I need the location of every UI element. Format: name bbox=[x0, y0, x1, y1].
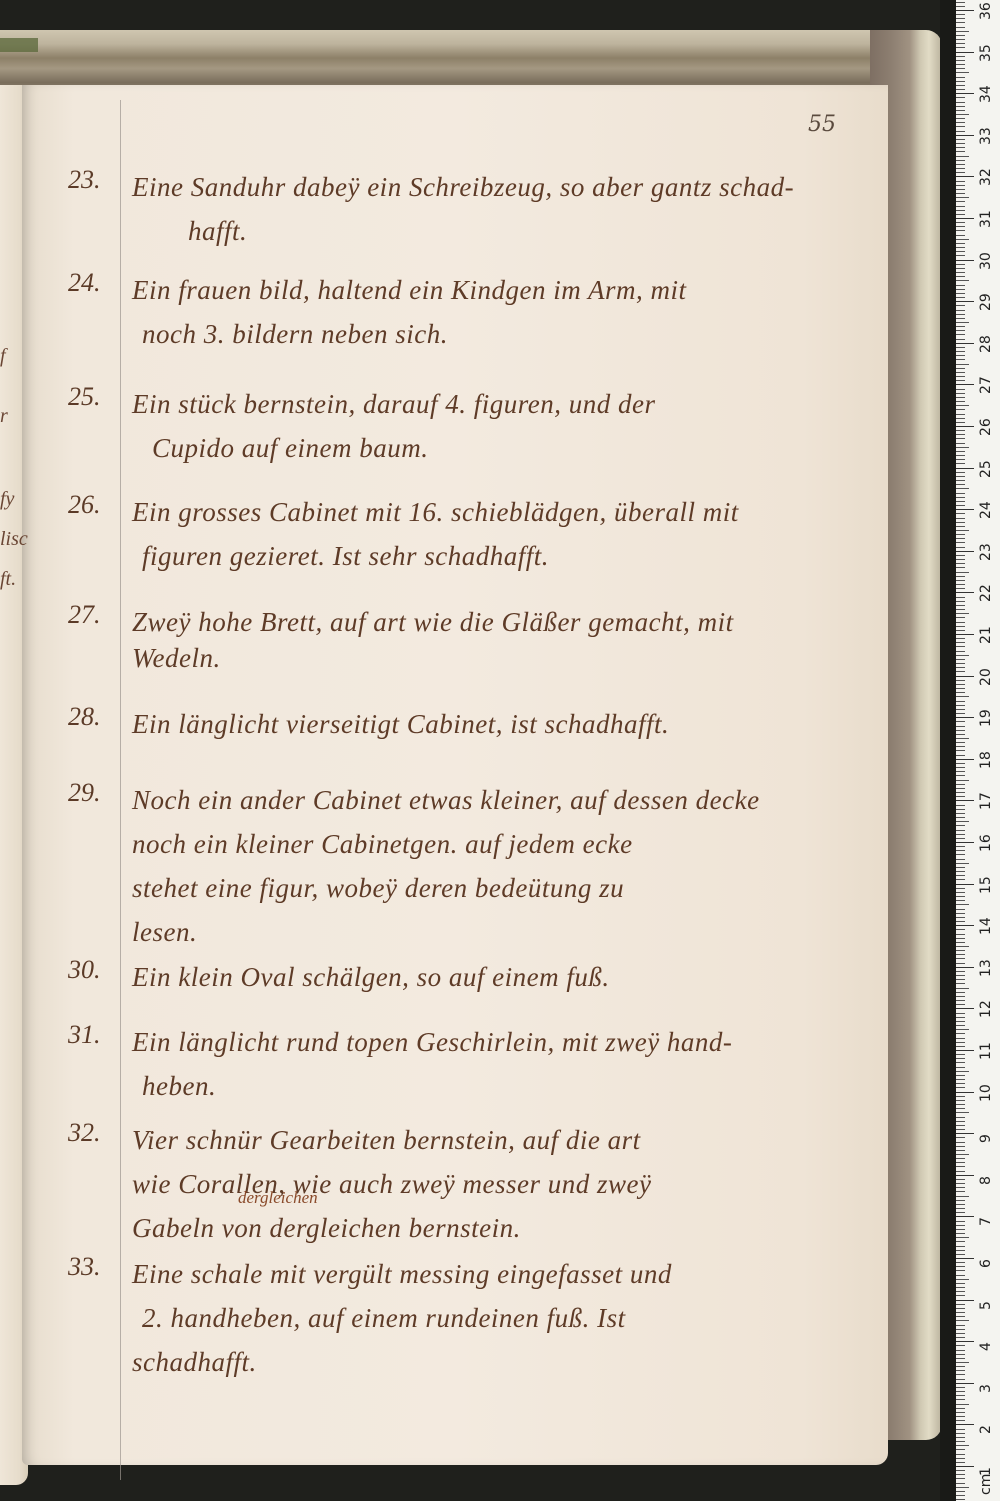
ruler-tick bbox=[956, 825, 965, 826]
ruler-tick bbox=[956, 405, 969, 406]
ruler-tick bbox=[956, 742, 965, 743]
ruler-cm-label: 35 bbox=[978, 44, 994, 62]
ruler-tick bbox=[956, 314, 965, 315]
ruler-tick bbox=[956, 1154, 969, 1155]
ruler-cm-label: 18 bbox=[978, 751, 994, 769]
ruler-tick bbox=[956, 22, 965, 23]
ruler-cm-label: 21 bbox=[978, 626, 994, 644]
ruler-tick bbox=[956, 921, 965, 922]
ruler-tick bbox=[956, 1029, 969, 1030]
ruler-tick bbox=[956, 1287, 965, 1288]
ruler-tick bbox=[956, 389, 965, 390]
ruler-tick bbox=[956, 726, 965, 727]
ruler-tick bbox=[956, 1279, 969, 1280]
entry-line: lesen. bbox=[132, 910, 862, 954]
ruler-tick bbox=[956, 542, 965, 543]
ruler-tick bbox=[956, 268, 965, 269]
left-page-fragment: lisc bbox=[0, 528, 28, 551]
ruler-tick bbox=[956, 817, 965, 818]
ruler-cm-label: 17 bbox=[978, 793, 994, 811]
ruler-tick bbox=[956, 14, 965, 15]
ruler-tick bbox=[956, 979, 965, 980]
ruler-tick bbox=[956, 567, 965, 568]
ruler-tick bbox=[956, 301, 974, 302]
ruler-tick bbox=[956, 243, 965, 244]
entry-number: 28. bbox=[68, 702, 101, 732]
ruler-tick bbox=[956, 605, 965, 606]
ruler-tick bbox=[956, 788, 965, 789]
ruler-cm-label: 28 bbox=[978, 335, 994, 353]
ruler-tick bbox=[956, 1420, 965, 1421]
ruler-tick bbox=[956, 210, 965, 211]
ruler-tick bbox=[956, 1033, 965, 1034]
ruler-tick bbox=[956, 688, 965, 689]
ruler-tick bbox=[956, 43, 965, 44]
ruler-tick bbox=[956, 85, 965, 86]
ruler-tick bbox=[956, 834, 965, 835]
ruler-tick bbox=[956, 1125, 965, 1126]
ruler-tick bbox=[956, 1237, 969, 1238]
ruler-tick bbox=[956, 1046, 965, 1047]
ruler-cm-label: 36 bbox=[978, 2, 994, 20]
ruler-tick bbox=[956, 638, 965, 639]
ruler-tick bbox=[956, 334, 965, 335]
ruler-tick bbox=[956, 646, 965, 647]
ruler-tick bbox=[956, 1408, 965, 1409]
ruler-tick bbox=[956, 318, 965, 319]
ruler-tick bbox=[956, 1312, 965, 1313]
ruler-tick bbox=[956, 1337, 965, 1338]
ruler-tick bbox=[956, 1449, 965, 1450]
ruler-tick bbox=[956, 701, 965, 702]
entry-number: 24. bbox=[68, 268, 101, 298]
entry-line: noch ein kleiner Cabinetgen. auf jedem e… bbox=[132, 822, 862, 866]
ruler-tick bbox=[956, 1362, 969, 1363]
ruler-cm-label: 32 bbox=[978, 169, 994, 187]
ruler-tick bbox=[956, 1175, 974, 1176]
ruler-tick bbox=[956, 809, 965, 810]
ruler-tick bbox=[956, 1150, 965, 1151]
entry-number: 31. bbox=[68, 1020, 101, 1050]
ruler-tick bbox=[956, 1441, 965, 1442]
ruler-tick bbox=[956, 1216, 974, 1217]
ruler-tick bbox=[956, 168, 965, 169]
ruler-tick bbox=[956, 1038, 965, 1039]
ruler-tick bbox=[956, 1146, 965, 1147]
ruler-tick bbox=[956, 1404, 969, 1405]
ruler-tick bbox=[956, 622, 965, 623]
ruler-tick bbox=[956, 1187, 965, 1188]
ruler-tick bbox=[956, 339, 965, 340]
ruler-tick bbox=[956, 1320, 969, 1321]
entry-line: stehet eine figur, wobeÿ deren bedeütung… bbox=[132, 866, 862, 910]
ruler-tick bbox=[956, 1196, 969, 1197]
ruler-tick bbox=[956, 667, 965, 668]
ruler-tick bbox=[956, 1096, 965, 1097]
ruler-tick bbox=[956, 904, 969, 905]
ruler-tick bbox=[956, 659, 965, 660]
ruler-tick bbox=[956, 917, 965, 918]
entry-number: 27. bbox=[68, 600, 101, 630]
ruler-tick bbox=[956, 1374, 965, 1375]
ruler-tick bbox=[956, 1000, 965, 1001]
ruler-tick bbox=[956, 559, 965, 560]
ruler-tick bbox=[956, 322, 969, 323]
interlinear-correction: dergleichen bbox=[238, 1188, 318, 1208]
ruler-tick bbox=[956, 1129, 965, 1130]
ruler-cm-label: 6 bbox=[978, 1259, 994, 1268]
ruler-cm-label: 25 bbox=[978, 460, 994, 478]
ruler-tick bbox=[956, 1304, 965, 1305]
ruler-tick bbox=[956, 2, 965, 3]
ruler-tick bbox=[956, 1100, 965, 1101]
ruler-tick bbox=[956, 1270, 965, 1271]
left-page-fragment: r bbox=[0, 405, 8, 428]
ruler-tick bbox=[956, 859, 965, 860]
ruler-tick bbox=[956, 967, 974, 968]
ruler-tick bbox=[956, 1221, 965, 1222]
ruler-tick bbox=[956, 56, 965, 57]
ruler-tick bbox=[956, 676, 974, 677]
ruler-tick bbox=[956, 1329, 965, 1330]
ruler-tick bbox=[956, 1295, 965, 1296]
ruler-tick bbox=[956, 260, 974, 261]
entry-line: Eine Sanduhr dabeÿ ein Schreibzeug, so a… bbox=[132, 165, 862, 209]
ruler-tick bbox=[956, 1354, 965, 1355]
ruler-tick bbox=[956, 759, 974, 760]
ruler-tick bbox=[956, 293, 965, 294]
ruler-tick bbox=[956, 27, 965, 28]
ruler-tick bbox=[956, 509, 974, 510]
ruler-tick bbox=[956, 143, 965, 144]
ruler-tick bbox=[956, 1470, 965, 1471]
ruler-tick bbox=[956, 892, 965, 893]
ruler-tick bbox=[956, 480, 965, 481]
ruler-tick bbox=[956, 434, 965, 435]
ruler-tick bbox=[956, 522, 965, 523]
ruler-tick bbox=[956, 1391, 965, 1392]
ruler-tick bbox=[956, 1454, 965, 1455]
ruler-tick bbox=[956, 946, 969, 947]
ruler-tick bbox=[956, 160, 965, 161]
ruler-tick bbox=[956, 597, 965, 598]
ruler-tick bbox=[956, 1233, 965, 1234]
ruler-tick bbox=[956, 1162, 965, 1163]
entry-line: Vier schnür Gearbeiten bernstein, auf di… bbox=[132, 1118, 862, 1162]
ruler-cm-label: 30 bbox=[978, 252, 994, 270]
ruler-tick bbox=[956, 364, 969, 365]
ruler-tick bbox=[956, 501, 965, 502]
entry-line: Cupido auf einem baum. bbox=[132, 426, 862, 470]
ruler-cm-label: 4 bbox=[978, 1342, 994, 1351]
ruler-tick bbox=[956, 93, 974, 94]
ruler-cm-label: 7 bbox=[978, 1217, 994, 1226]
ruler-tick bbox=[956, 497, 965, 498]
ruler-tick bbox=[956, 871, 965, 872]
ruler-tick bbox=[956, 780, 969, 781]
ruler-tick bbox=[956, 156, 969, 157]
measurement-ruler: cm 1234567891011121314151617181920212223… bbox=[956, 0, 1000, 1501]
ruler-tick bbox=[956, 484, 965, 485]
ruler-tick bbox=[956, 476, 965, 477]
entry-number: 30. bbox=[68, 955, 101, 985]
ruler-tick bbox=[956, 630, 965, 631]
ruler-tick bbox=[956, 563, 965, 564]
ruler-tick bbox=[956, 131, 965, 132]
ruler-tick bbox=[956, 310, 965, 311]
ruler-tick bbox=[956, 738, 969, 739]
ruler-tick bbox=[956, 1474, 965, 1475]
ruler-tick bbox=[956, 1171, 965, 1172]
page-number: 55 bbox=[808, 112, 836, 137]
ruler-tick bbox=[956, 1013, 965, 1014]
ruler-tick bbox=[956, 164, 965, 165]
ruler-cm-label: 16 bbox=[978, 834, 994, 852]
ruler-tick bbox=[956, 813, 965, 814]
ruler-tick bbox=[956, 1341, 974, 1342]
ruler-tick bbox=[956, 651, 965, 652]
ruler-cm-label: 15 bbox=[978, 876, 994, 894]
ruler-tick bbox=[956, 1079, 965, 1080]
ruler-tick bbox=[956, 513, 965, 514]
ruler-tick bbox=[956, 572, 969, 573]
ruler-tick bbox=[956, 775, 965, 776]
ruler-tick bbox=[956, 1333, 965, 1334]
ruler-tick bbox=[956, 551, 974, 552]
ruler-tick bbox=[956, 1137, 965, 1138]
entry-number: 32. bbox=[68, 1118, 101, 1148]
entry-line: figuren gezieret. Ist sehr schadhafft. bbox=[132, 534, 862, 578]
ruler-tick bbox=[956, 867, 965, 868]
entry-line: Ein frauen bild, haltend ein Kindgen im … bbox=[132, 268, 862, 312]
ruler-cm-label: 20 bbox=[978, 668, 994, 686]
ruler-tick bbox=[956, 1158, 965, 1159]
ruler-cm-label: 1 bbox=[978, 1467, 994, 1476]
ruler-tick bbox=[956, 380, 965, 381]
ruler-tick bbox=[956, 401, 965, 402]
ruler-tick bbox=[956, 1008, 974, 1009]
ruler-tick bbox=[956, 909, 965, 910]
ruler-tick bbox=[956, 879, 965, 880]
ruler-tick bbox=[956, 472, 965, 473]
ruler-tick bbox=[956, 126, 965, 127]
ruler-cm-label: 31 bbox=[978, 210, 994, 228]
ruler-tick bbox=[956, 1058, 965, 1059]
ruler-tick bbox=[956, 206, 965, 207]
ruler-tick bbox=[956, 1075, 965, 1076]
ruler-tick bbox=[956, 77, 965, 78]
ruler-tick bbox=[956, 447, 969, 448]
ruler-tick bbox=[956, 1345, 965, 1346]
ruler-tick bbox=[956, 443, 965, 444]
ruler-tick bbox=[956, 996, 965, 997]
ruler-tick bbox=[956, 359, 965, 360]
ruler-tick bbox=[956, 526, 965, 527]
entry-line: 2. handheben, auf einem rundeinen fuß. I… bbox=[132, 1296, 862, 1340]
ruler-tick bbox=[956, 975, 965, 976]
ruler-tick bbox=[956, 992, 965, 993]
ruler-tick bbox=[956, 1246, 965, 1247]
ruler-tick bbox=[956, 255, 965, 256]
ruler-tick bbox=[956, 530, 969, 531]
left-page-fragment: f bbox=[0, 345, 6, 368]
ruler-tick bbox=[956, 10, 974, 11]
ruler-cm-label: 26 bbox=[978, 418, 994, 436]
ruler-tick bbox=[956, 1062, 965, 1063]
ruler-tick bbox=[956, 147, 965, 148]
ruler-tick bbox=[956, 201, 965, 202]
ruler-tick bbox=[956, 1200, 965, 1201]
ruler-tick bbox=[956, 468, 974, 469]
ruler-tick bbox=[956, 1291, 965, 1292]
ruler-tick bbox=[956, 18, 965, 19]
ruler-tick bbox=[956, 875, 965, 876]
ruler-tick bbox=[956, 950, 965, 951]
ruler-tick bbox=[956, 1458, 965, 1459]
ruler-tick bbox=[956, 289, 965, 290]
ruler-tick bbox=[956, 1166, 965, 1167]
ruler-tick bbox=[956, 763, 965, 764]
entry-number: 23. bbox=[68, 165, 101, 195]
ruler-tick bbox=[956, 805, 965, 806]
ruler-tick bbox=[956, 958, 965, 959]
ruler-tick bbox=[956, 634, 974, 635]
ruler-tick bbox=[956, 135, 974, 136]
ruler-tick bbox=[956, 181, 965, 182]
ruler-tick bbox=[956, 1208, 965, 1209]
ruler-tick bbox=[956, 1025, 965, 1026]
ruler-tick bbox=[956, 89, 965, 90]
ruler-cm-label: 12 bbox=[978, 1001, 994, 1019]
ruler-cm-label: 23 bbox=[978, 543, 994, 561]
ruler-tick bbox=[956, 6, 965, 7]
ruler-tick bbox=[956, 684, 965, 685]
ruler-tick bbox=[956, 31, 969, 32]
ruler-tick bbox=[956, 800, 974, 801]
ruler-tick bbox=[956, 1387, 965, 1388]
ruler-tick bbox=[956, 1424, 974, 1425]
ruler-tick bbox=[956, 81, 965, 82]
ruler-tick bbox=[956, 1262, 965, 1263]
ruler-tick bbox=[956, 60, 965, 61]
ruler-tick bbox=[956, 247, 965, 248]
ruler-tick bbox=[956, 372, 965, 373]
ruler-tick bbox=[956, 1087, 965, 1088]
ruler-tick bbox=[956, 588, 965, 589]
ruler-tick bbox=[956, 655, 969, 656]
ruler-tick bbox=[956, 1445, 969, 1446]
ruler-tick bbox=[956, 1121, 965, 1122]
ruler-tick bbox=[956, 197, 969, 198]
ruler-tick bbox=[956, 963, 965, 964]
entry-line: Ein grosses Cabinet mit 16. schieblädgen… bbox=[132, 490, 862, 534]
entry-number: 29. bbox=[68, 778, 101, 808]
ruler-tick bbox=[956, 821, 969, 822]
ruler-tick bbox=[956, 1204, 965, 1205]
ruler-tick bbox=[956, 1495, 965, 1496]
entry-line: heben. bbox=[132, 1064, 862, 1108]
ruler-tick bbox=[956, 151, 965, 152]
ruler-tick bbox=[956, 713, 965, 714]
ruler-tick bbox=[956, 1308, 965, 1309]
ruler-tick bbox=[956, 343, 974, 344]
ruler-tick bbox=[956, 576, 965, 577]
ruler-tick bbox=[956, 47, 965, 48]
ruler-tick bbox=[956, 1250, 965, 1251]
entry-line: Ein klein Oval schälgen, so auf einem fu… bbox=[132, 955, 862, 999]
ruler-tick bbox=[956, 189, 965, 190]
ruler-tick bbox=[956, 938, 965, 939]
ruler-tick bbox=[956, 642, 965, 643]
entry-line: Ein stück bernstein, darauf 4. figuren, … bbox=[132, 382, 862, 426]
ruler-tick bbox=[956, 1462, 965, 1463]
entry-line: Eine schale mit vergült messing eingefas… bbox=[132, 1252, 862, 1296]
ruler-cm-label: 33 bbox=[978, 127, 994, 145]
ruler-tick bbox=[956, 68, 965, 69]
ruler-tick bbox=[956, 617, 965, 618]
ruler-tick bbox=[956, 1112, 969, 1113]
ruler-tick bbox=[956, 422, 965, 423]
ruler-tick bbox=[956, 721, 965, 722]
ruler-tick bbox=[956, 730, 965, 731]
ruler-tick bbox=[956, 1225, 965, 1226]
ruler-tick bbox=[956, 264, 965, 265]
ruler-tick bbox=[956, 1050, 974, 1051]
ruler-tick bbox=[956, 884, 974, 885]
ruler-tick bbox=[956, 717, 974, 718]
ruler-tick bbox=[956, 1183, 965, 1184]
ruler-tick bbox=[956, 230, 965, 231]
ruler-cm-label: 34 bbox=[978, 85, 994, 103]
ruler-tick bbox=[956, 863, 969, 864]
ruler-tick bbox=[956, 430, 965, 431]
ruler-tick bbox=[956, 1241, 965, 1242]
entry-line: noch 3. bildern neben sich. bbox=[132, 312, 862, 356]
entry-number: 33. bbox=[68, 1252, 101, 1282]
ruler-tick bbox=[956, 755, 965, 756]
ruler-tick bbox=[956, 1017, 965, 1018]
ruler-tick bbox=[956, 1433, 965, 1434]
ruler-tick bbox=[956, 226, 965, 227]
ruler-tick bbox=[956, 888, 965, 889]
left-page-fragment: fy bbox=[0, 488, 14, 511]
ruler-tick bbox=[956, 1358, 965, 1359]
ruler-tick bbox=[956, 850, 965, 851]
entry-line: Noch ein ander Cabinet etwas kleiner, au… bbox=[132, 778, 862, 822]
ruler-tick bbox=[956, 1491, 965, 1492]
margin-rule bbox=[120, 100, 121, 1480]
ruler-tick bbox=[956, 493, 965, 494]
ruler-tick bbox=[956, 1042, 965, 1043]
ruler-tick bbox=[956, 102, 965, 103]
ruler-tick bbox=[956, 580, 965, 581]
ruler-tick bbox=[956, 896, 965, 897]
ruler-tick bbox=[956, 455, 965, 456]
ruler-cm-label: 13 bbox=[978, 959, 994, 977]
ruler-tick bbox=[956, 1325, 965, 1326]
ruler-cm-label: 22 bbox=[978, 585, 994, 603]
ruler-tick bbox=[956, 929, 965, 930]
ruler-tick bbox=[956, 538, 965, 539]
ruler-tick bbox=[956, 1437, 965, 1438]
ruler-tick bbox=[956, 214, 965, 215]
ruler-tick bbox=[956, 239, 969, 240]
ruler-tick bbox=[956, 1395, 965, 1396]
ruler-tick bbox=[956, 601, 965, 602]
manuscript-scan: 55 f r fy lisc ft. 23. Eine Sanduhr dabe… bbox=[0, 0, 1000, 1501]
entry-number: 26. bbox=[68, 490, 101, 520]
ruler-tick bbox=[956, 942, 965, 943]
